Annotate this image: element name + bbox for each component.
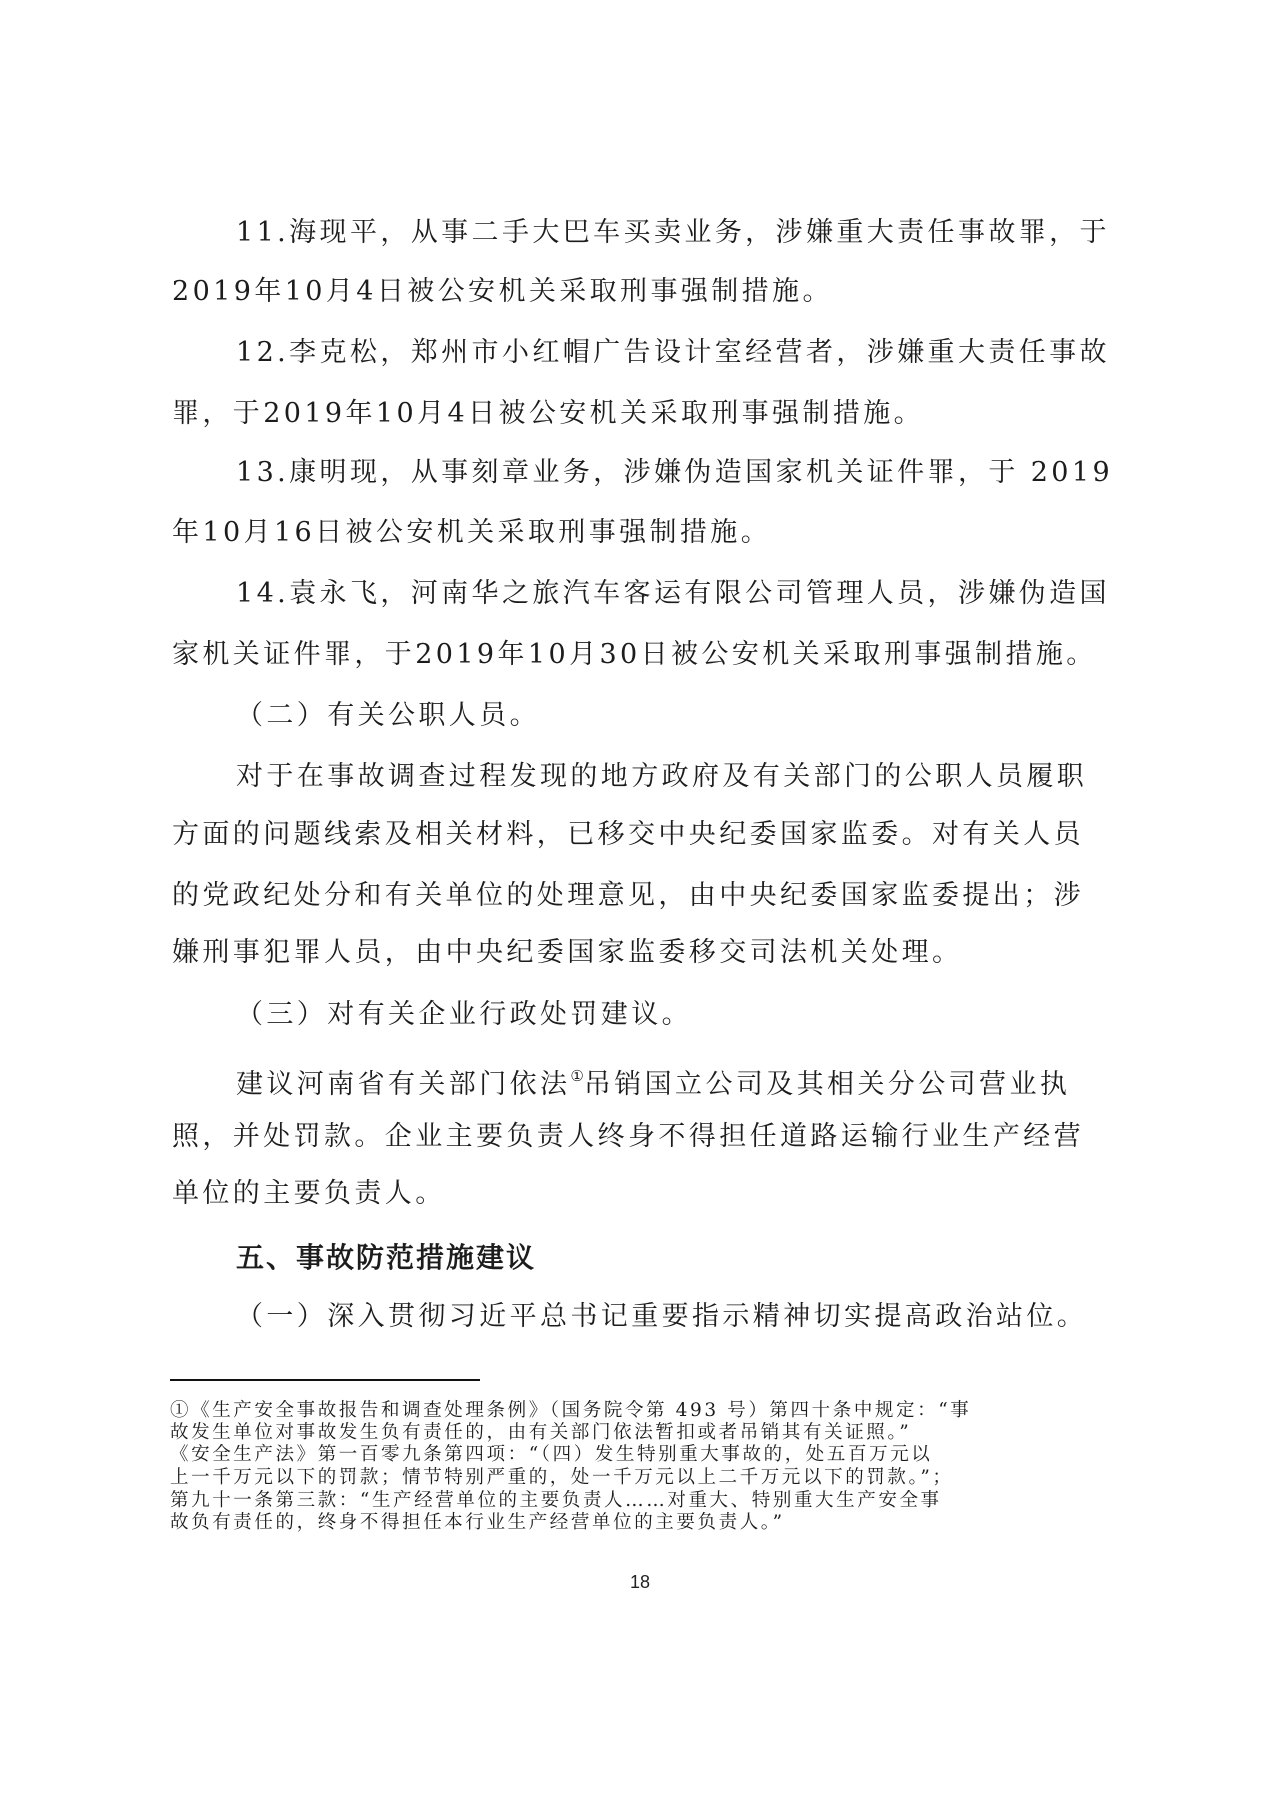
subsection-2-title: （二）有关公职人员。 [236, 696, 1112, 736]
footnote-line-6: 故负有责任的，终身不得担任本行业生产经营单位的主要负责人。” [170, 1511, 1110, 1534]
subsection-2-para-line-1: 对于在事故调查过程发现的地方政府及有关部门的公职人员履职 [236, 757, 1112, 797]
footnote-line-1: ①《生产安全事故报告和调查处理条例》（国务院令第 493 号）第四十条中规定：“… [170, 1399, 1110, 1422]
subsection-3-para-line-2: 照，并处罚款。企业主要负责人终身不得担任道路运输行业生产经营 [172, 1117, 1112, 1157]
subsection-3-text-after-ref: 吊销国立公司及其相关分公司营业执 [584, 1069, 1070, 1100]
footnote-line-3: 《安全生产法》第一百零九条第四项：“（四）发生特别重大事故的，处五百万元以 [170, 1443, 1110, 1466]
footnote-line-2: 故发生单位对事故发生负有责任的，由有关部门依法暂扣或者吊销其有关证照。” [170, 1421, 1110, 1444]
subsection-2-para-line-3: 的党政纪处分和有关单位的处理意见，由中央纪委国家监委提出；涉 [172, 876, 1112, 916]
item-12-line-1: 12.李克松，郑州市小红帽广告设计室经营者，涉嫌重大责任事故 [236, 333, 1112, 373]
subsection-3-para-line-1: 建议河南省有关部门依法①吊销国立公司及其相关分公司营业执 [236, 1056, 1112, 1096]
item-13-line-2: 年10月16日被公安机关采取刑事强制措施。 [172, 513, 1112, 553]
document-page: 11.海现平，从事二手大巴车买卖业务，涉嫌重大责任事故罪，于 2019年10月4… [0, 0, 1280, 1810]
footnote-separator-rule [170, 1379, 480, 1381]
item-13-line-1: 13.康明现，从事刻章业务，涉嫌伪造国家机关证件罪，于 2019 [236, 453, 1112, 493]
subsection-2-para-line-4: 嫌刑事犯罪人员，由中央纪委国家监委移交司法机关处理。 [172, 933, 1112, 973]
item-11-line-1: 11.海现平，从事二手大巴车买卖业务，涉嫌重大责任事故罪，于 [236, 213, 1112, 253]
item-11-line-2: 2019年10月4日被公安机关采取刑事强制措施。 [172, 272, 1112, 312]
section-5-subsection-1-title: （一）深入贯彻习近平总书记重要指示精神切实提高政治站位。 [236, 1297, 1112, 1337]
item-14-line-1: 14.袁永飞，河南华之旅汽车客运有限公司管理人员，涉嫌伪造国 [236, 574, 1112, 614]
item-14-line-2: 家机关证件罪，于2019年10月30日被公安机关采取刑事强制措施。 [172, 635, 1112, 675]
footnote-line-5: 第九十一条第三款：“生产经营单位的主要负责人……对重大、特别重大生产安全事 [170, 1489, 1110, 1512]
subsection-3-text-before-ref: 建议河南省有关部门依法 [236, 1069, 570, 1100]
subsection-3-title: （三）对有关企业行政处罚建议。 [236, 995, 1112, 1035]
subsection-3-para-line-3: 单位的主要负责人。 [172, 1174, 1112, 1214]
footnote-reference-marker[interactable]: ① [570, 1067, 583, 1085]
item-12-line-2: 罪，于2019年10月4日被公安机关采取刑事强制措施。 [172, 394, 1112, 434]
footnote-line-4: 上一千万元以下的罚款；情节特别严重的，处一千万元以上二千万元以下的罚款。”； [170, 1466, 1110, 1489]
page-number: 18 [620, 1570, 660, 1594]
subsection-2-para-line-2: 方面的问题线索及相关材料，已移交中央纪委国家监委。对有关人员 [172, 815, 1112, 855]
section-5-heading: 五、事故防范措施建议 [236, 1238, 1112, 1278]
